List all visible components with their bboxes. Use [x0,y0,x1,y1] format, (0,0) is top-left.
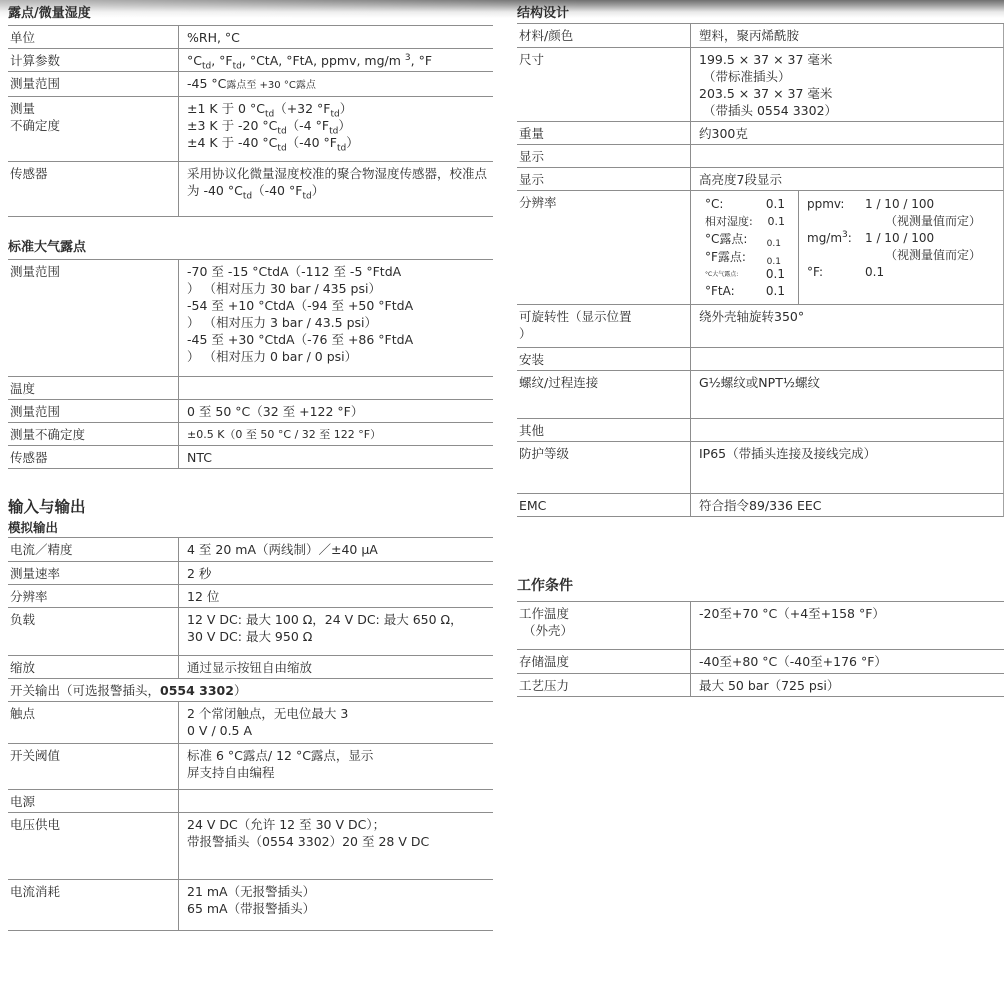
resolution-value-cell: °C: 0.1 相对湿度: 0.1 °C露点: 0.1 °F露点: 0.1 [690,191,1003,304]
row-value: °Ctd, °Ftd, °CtA, °FtA, ppmv, mg/m 3, °F [178,49,493,71]
resolution-item: °C: 0.1 [705,196,785,213]
row-label: 分辨率 [517,191,690,304]
resolution-left-subcolumn: °C: 0.1 相对湿度: 0.1 °C露点: 0.1 °F露点: 0.1 [699,191,799,304]
row-label: 单位 [8,26,178,48]
row-value [178,377,493,399]
table-row: 温度 [8,377,493,400]
row-value: ±0.5 K（0 至 50 °C / 32 至 122 °F） [178,423,493,445]
row-label: 防护等级 [517,442,690,493]
table-row: 电流消耗 21 mA（无报警插头）65 mA（带报警插头） [8,880,493,931]
row-label: 测量速率 [8,562,178,584]
row-label: 可旋转性（显示位置） [517,305,690,347]
resolution-note: （视测量值而定） [807,213,1003,230]
table-row: 单位 %RH, °C [8,26,493,49]
table-row: 传感器 采用协议化微量湿度校准的聚合物湿度传感器，校准点为 -40 °Ctd（-… [8,162,493,217]
dewpoint-trace-humidity-table: 单位 %RH, °C 计算参数 °Ctd, °Ftd, °CtA, °FtA, … [8,25,493,217]
table-row: 安装 [517,348,1004,371]
table-row: 显示 [517,145,1004,168]
table-row: 工艺压力 最大 50 bar（725 psi） [517,674,1004,697]
row-value: %RH, °C [178,26,493,48]
row-value: -70 至 -15 °CtdA（-112 至 -5 °FtdA） （相对压力 3… [178,260,493,376]
row-value: 高亮度7段显示 [690,168,1003,190]
table-row: 重量 约300克 [517,122,1004,145]
resolution-note: （视测量值而定） [807,247,1003,264]
table-row: 材料/颜色 塑料，聚丙烯酰胺 [517,24,1004,48]
operating-conditions-table: 工作温度 （外壳） -20至+70 °C（+4至+158 °F） 存储温度 -4… [517,601,1004,697]
resolution-right-subcolumn: ppmv:1 / 10 / 100 （视测量值而定） mg/m3:1 / 10 … [799,191,1003,304]
section-title-input-output: 输入与输出 [8,498,493,517]
table-row: 测量不确定度 ±1 K 于 0 °Ctd（+32 °Ftd）±3 K 于 -20… [8,97,493,162]
resolution-item: °C露点: 0.1 [705,230,785,248]
row-label: 测量范围 [8,72,178,96]
row-label: 传感器 [8,446,178,468]
table-row: 尺寸 199.5 × 37 × 37 毫米 （带标准插头）203.5 × 37 … [517,48,1004,122]
section-title-std-atm-dewpoint: 标准大气露点 [8,240,493,256]
table-row: 工作温度 （外壳） -20至+70 °C（+4至+158 °F） [517,602,1004,650]
row-value: 2 个常闭触点，无电位最大 30 V / 0.5 A [178,702,493,743]
row-value: 21 mA（无报警插头）65 mA（带报警插头） [178,880,493,930]
resolution-item: °F:0.1 [807,264,1003,281]
row-value: 12 位 [178,585,493,607]
resolution-item: mg/m3:1 / 10 / 100 [807,230,1003,247]
section-title-operating-conditions: 工作条件 [517,577,1004,595]
row-label: 尺寸 [517,48,690,121]
table-row: 计算参数 °Ctd, °Ftd, °CtA, °FtA, ppmv, mg/m … [8,49,493,72]
table-row: 负载 12 V DC: 最大 100 Ω，24 V DC: 最大 650 Ω，3… [8,608,493,656]
resolution-item: ppmv:1 / 10 / 100 [807,196,1003,213]
row-label: EMC [517,494,690,516]
table-row: 测量范围 -45 °C露点至 +30 °C露点 [8,72,493,97]
resolution-item: °FtA: 0.1 [705,283,785,300]
row-label: 触点 [8,702,178,743]
table-row: 其他 [517,419,1004,442]
table-row: 存储温度 -40至+80 °C（-40至+176 °F） [517,650,1004,674]
row-label: 存储温度 [517,650,690,673]
table-row: 分辨率 12 位 [8,585,493,608]
row-label: 测量范围 [8,400,178,422]
row-label: 螺纹/过程连接 [517,371,690,418]
table-row: 可旋转性（显示位置） 绕外壳轴旋转350° [517,305,1004,348]
row-value [690,419,1003,441]
row-value: 标准 6 °C露点/ 12 °C露点，显示屏支持自由编程 [178,744,493,789]
row-label: 负载 [8,608,178,655]
row-value: 0 至 50 °C（32 至 +122 °F） [178,400,493,422]
row-label: 工作温度 （外壳） [517,602,690,649]
row-label: 传感器 [8,162,178,216]
table-row-resolution: 分辨率 °C: 0.1 相对湿度: 0.1 °C露点: 0.1 [517,191,1004,305]
row-label: 显示 [517,145,690,167]
table-row: EMC 符合指令89/336 EEC [517,494,1004,517]
row-label: 重量 [517,122,690,144]
row-value: -20至+70 °C（+4至+158 °F） [690,602,1004,649]
table-row: 电压供电 24 V DC（允许 12 至 30 V DC）；带报警插头（0554… [8,813,493,880]
row-label: 缩放 [8,656,178,678]
row-value: 采用协议化微量湿度校准的聚合物湿度传感器，校准点为 -40 °Ctd（-40 °… [178,162,493,216]
table-row: 显示 高亮度7段显示 [517,168,1004,191]
std-atm-dewpoint-table: 测量范围 -70 至 -15 °CtdA（-112 至 -5 °FtdA） （相… [8,259,493,469]
row-value: -40至+80 °C（-40至+176 °F） [690,650,1004,673]
row-value: 符合指令89/336 EEC [690,494,1003,516]
row-value [178,790,493,812]
row-value: ±1 K 于 0 °Ctd（+32 °Ftd）±3 K 于 -20 °Ctd（-… [178,97,493,161]
row-label: 材料/颜色 [517,24,690,47]
row-value: 通过显示按钮自由缩放 [178,656,493,678]
table-row: 测量范围 -70 至 -15 °CtdA（-112 至 -5 °FtdA） （相… [8,260,493,377]
table-row: 电流／精度 4 至 20 mA（两线制）／±40 μA [8,538,493,562]
table-row: 测量不确定度 ±0.5 K（0 至 50 °C / 32 至 122 °F） [8,423,493,446]
row-value: 12 V DC: 最大 100 Ω，24 V DC: 最大 650 Ω，30 V… [178,608,493,655]
row-label: 温度 [8,377,178,399]
row-value [690,348,1003,370]
row-label: 其他 [517,419,690,441]
table-row: 螺纹/过程连接 G½螺纹或NPT½螺纹 [517,371,1004,419]
row-value: IP65（带插头连接及接线完成） [690,442,1003,493]
resolution-item: 相对湿度: 0.1 [705,213,785,230]
row-value: 4 至 20 mA（两线制）／±40 μA [178,538,493,561]
row-value: 199.5 × 37 × 37 毫米 （带标准插头）203.5 × 37 × 3… [690,48,1003,121]
row-value: -45 °C露点至 +30 °C露点 [178,72,493,96]
row-value: 约300克 [690,122,1003,144]
subsection-title-analog-output: 模拟输出 [8,520,493,536]
row-value: 最大 50 bar（725 psi） [690,674,1004,696]
table-row: 防护等级 IP65（带插头连接及接线完成） [517,442,1004,494]
row-label: 开关阈值 [8,744,178,789]
row-label: 电源 [8,790,178,812]
right-column: 结构设计 材料/颜色 塑料，聚丙烯酰胺 尺寸 199.5 × 37 × 37 毫… [517,0,1004,697]
row-label: 安装 [517,348,690,370]
switch-output-subheader: 开关输出（可选报警插头，0554 3302） [8,679,493,701]
row-value: 塑料，聚丙烯酰胺 [690,24,1003,47]
table-row: 开关阈值 标准 6 °C露点/ 12 °C露点，显示屏支持自由编程 [8,744,493,790]
table-row: 测量范围 0 至 50 °C（32 至 +122 °F） [8,400,493,423]
row-label: 显示 [517,168,690,190]
row-label: 分辨率 [8,585,178,607]
row-value: 绕外壳轴旋转350° [690,305,1003,347]
row-label: 工艺压力 [517,674,690,696]
table-row: 触点 2 个常闭触点，无电位最大 30 V / 0.5 A [8,702,493,744]
left-column: 露点/微量湿度 单位 %RH, °C 计算参数 °Ctd, °Ftd, °CtA… [8,0,493,931]
row-label: 电流消耗 [8,880,178,930]
row-label: 电流／精度 [8,538,178,561]
row-label: 测量不确定度 [8,423,178,445]
row-label: 测量不确定度 [8,97,178,161]
row-label: 测量范围 [8,260,178,376]
table-row: 传感器 NTC [8,446,493,469]
table-subheader-row: 开关输出（可选报警插头，0554 3302） [8,679,493,702]
table-row: 缩放 通过显示按钮自由缩放 [8,656,493,679]
row-label: 计算参数 [8,49,178,71]
section-title-dewpoint: 露点/微量湿度 [8,6,493,22]
section-title-structure-design: 结构设计 [517,6,1004,22]
row-value: G½螺纹或NPT½螺纹 [690,371,1003,418]
row-value: 24 V DC（允许 12 至 30 V DC）；带报警插头（0554 3302… [178,813,493,879]
row-value: NTC [178,446,493,468]
table-row: 测量速率 2 秒 [8,562,493,585]
row-value [690,145,1003,167]
analog-output-table: 电流／精度 4 至 20 mA（两线制）／±40 μA 测量速率 2 秒 分辨率… [8,537,493,931]
row-value: 2 秒 [178,562,493,584]
structure-design-table: 材料/颜色 塑料，聚丙烯酰胺 尺寸 199.5 × 37 × 37 毫米 （带标… [517,23,1004,517]
table-row: 电源 [8,790,493,813]
row-label: 电压供电 [8,813,178,879]
